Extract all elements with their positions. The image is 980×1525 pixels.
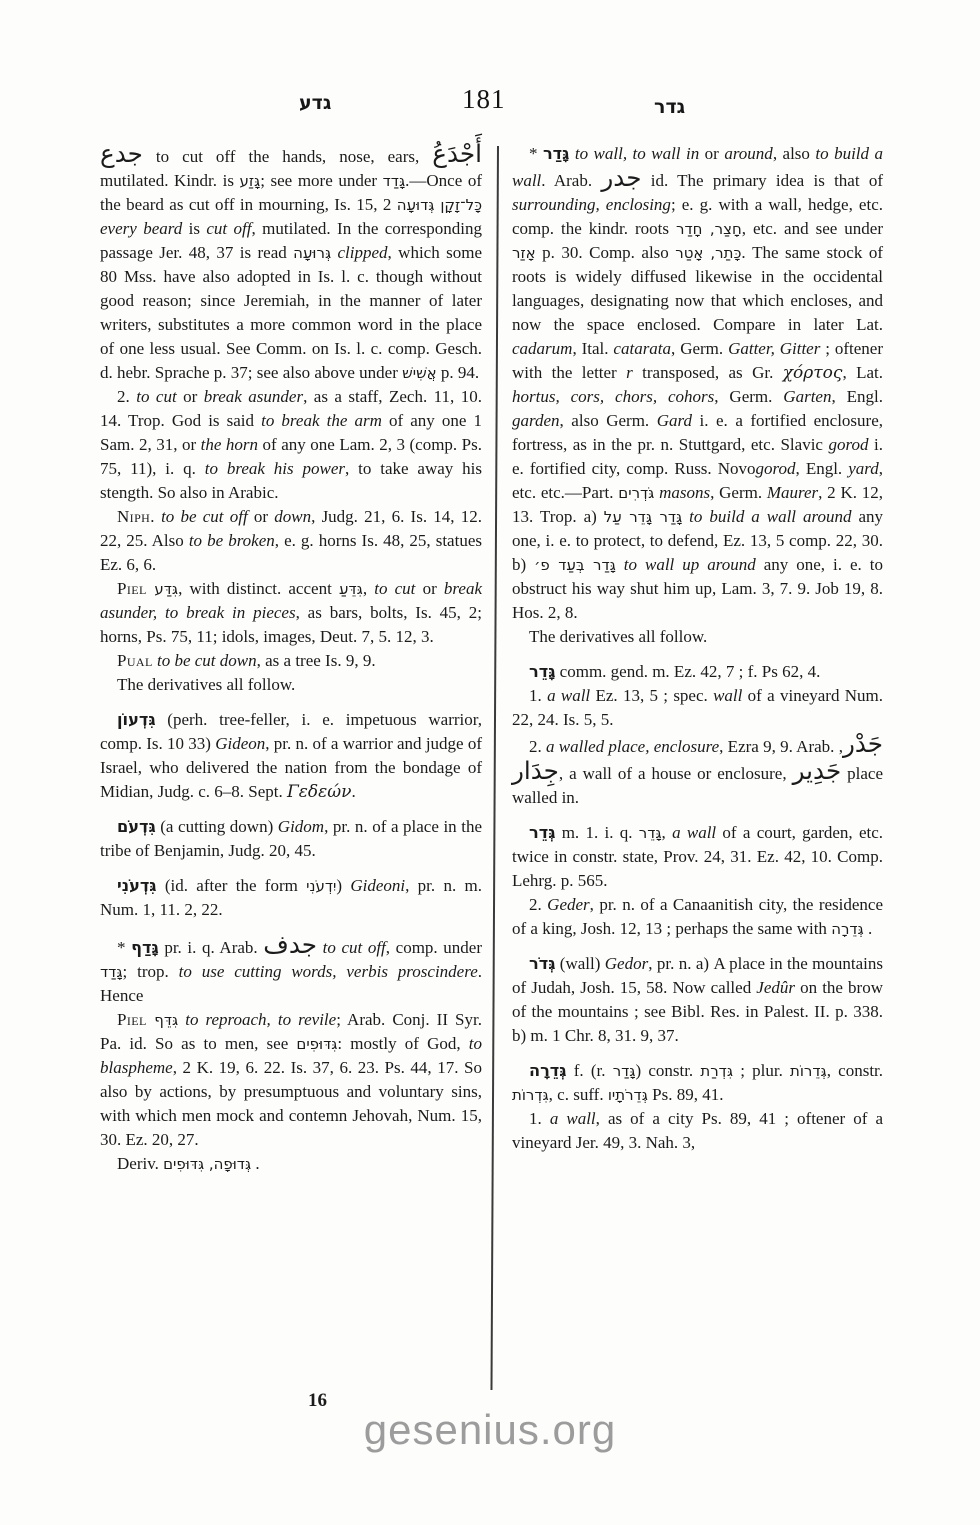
deriv-line: Deriv. גְּדוּפָה, גִּדּוּפִים . (100, 1152, 482, 1176)
text-run: a walled place, enclosure (546, 737, 719, 756)
text-run: Piel (117, 1010, 147, 1029)
lexicon-page: גדע 181 גדר جدع to cut off the hands, no… (0, 0, 980, 1525)
entry-gadaph: * גָּדַף pr. i. q. Arab. جدف to cut off,… (100, 933, 482, 1008)
text-run: אָזַר (512, 244, 536, 262)
text-run: גְּדֵרוֹת (790, 1062, 827, 1080)
text-run: ) constr. (635, 1061, 700, 1080)
text-run: to cut off (317, 938, 386, 957)
text-run: to reproach, to revile (178, 1010, 336, 1029)
right-column: * גָּדַר to wall, to wall in or around, … (512, 142, 883, 1155)
text-run: גְּדֵר (529, 823, 555, 842)
text-run: yard (848, 459, 879, 478)
text-run: יִדְעֹנִי (306, 877, 336, 895)
text-run: to use cutting words, verbis proscindere (179, 962, 478, 981)
text-run: גִּדְרַת (700, 1062, 733, 1080)
gader-sense-2: 2. a walled place, enclosure, Ezra 9, 9.… (512, 732, 883, 810)
entry-gederah: גְּדֵרָה f. (r. גָּדַר) constr. גִּדְרַת… (512, 1059, 883, 1107)
text-run: , (662, 823, 673, 842)
text-run: , Germ. (671, 339, 728, 358)
text-run: , also (773, 144, 816, 163)
entry-geder: גְּדֵר m. 1. i. q. גָּדֵר, a wall of a c… (512, 821, 883, 893)
pual-paragraph: Pual to be cut down, as a tree Is. 9, 9. (100, 649, 482, 673)
text-run: Garten (783, 387, 831, 406)
text-run: id. The primary idea is that of (641, 171, 883, 190)
entry-gideoni: גִּדְעֹנִי (id. after the form יִדְעֹנִי… (100, 874, 482, 922)
text-run: Gedor (605, 954, 648, 973)
page-number: 181 (462, 84, 506, 115)
text-run: Gideoni (350, 876, 405, 895)
text-run: גִּדּוּפִים (296, 1035, 337, 1053)
text-run: f. (r. (567, 1061, 613, 1080)
text-run: (a cutting down) (156, 817, 278, 836)
text-run: 1. (529, 1109, 550, 1128)
text-run: Deriv. (117, 1154, 163, 1173)
text-run: , Lat. (842, 363, 883, 382)
text-run: , Ezra 9, 9. Arab. (719, 737, 839, 756)
text-run: r (626, 363, 633, 382)
text-run: , etc. and see under (742, 219, 883, 238)
text-run: m. 1. i. q. (555, 823, 638, 842)
text-run: Jedûr (756, 978, 795, 997)
text-run: , Germ. (714, 387, 783, 406)
text-run: גָּדַד (383, 172, 406, 190)
text-run: to cut (374, 579, 415, 598)
niphal-paragraph: Niph. to be cut off or down, Judg. 21, 6… (100, 505, 482, 577)
piel-paragraph: Piel גִּדַּע, with distinct. accent גִּד… (100, 577, 482, 649)
text-run: a wall (547, 686, 590, 705)
text-run: (wall) (555, 954, 604, 973)
sense-2: 2. to cut or break asunder, as a staff, … (100, 385, 482, 505)
text-run: hortus, cors, chors, cohors (512, 387, 714, 406)
text-run: : mostly of God, (337, 1034, 468, 1053)
text-run: Geder (547, 895, 589, 914)
text-run: חָצַר, חָדַר (676, 220, 742, 238)
gader-sense-1: 1. a wall Ez. 13, 5 ; spec. wall of a vi… (512, 684, 883, 732)
text-run: , Engl. (796, 459, 849, 478)
text-run: . (251, 1154, 260, 1173)
text-run: גִּדֵּף (147, 1011, 178, 1029)
text-run: to be cut down (153, 651, 257, 670)
text-run: every beard (100, 219, 182, 238)
text-run: to break his power (205, 459, 345, 478)
text-run: to cut (136, 387, 176, 406)
text-run: p. 30. Comp. also (536, 243, 676, 262)
text-run: 2. (529, 895, 547, 914)
text-run: or (415, 579, 444, 598)
text-run: Ps. 89, 41. (648, 1085, 724, 1104)
text-run: 1. (529, 686, 547, 705)
geder-sense-2: 2. Geder, pr. n. of a Canaanitish city, … (512, 893, 883, 941)
piel-gadaph-paragraph: Piel גִּדֵּף to reproach, to revile; Ara… (100, 1008, 482, 1152)
text-run: to break the arm (261, 411, 382, 430)
text-run: Piel (117, 579, 147, 598)
text-run: جدع (100, 139, 143, 168)
text-run: גְּדֵרָה (529, 1061, 567, 1080)
header-catchword-right: גדר (654, 96, 685, 118)
text-run: ) (336, 876, 350, 895)
text-run: * (117, 938, 131, 957)
text-run: , comp. under (386, 938, 482, 957)
text-run: The derivatives all follow. (117, 675, 295, 694)
text-run: or (699, 144, 724, 163)
text-run: جَدِير (793, 756, 842, 785)
text-run: גָּדַף (131, 938, 159, 957)
text-run: a wall (672, 823, 716, 842)
text-run: to be cut off (155, 507, 248, 526)
text-run: גְּדֵרֹתָיו (608, 1086, 648, 1104)
text-run: a wall (550, 1109, 596, 1128)
text-run: כָּל־זָקָן גְּדוּעָה (397, 196, 482, 214)
text-run: גָּדֵר (639, 824, 662, 842)
text-run: p. 94. (437, 363, 480, 382)
text-run: גִּדְרוֹת (512, 1086, 549, 1104)
text-run: wall (713, 686, 742, 705)
text-run: גִּדְעֹם (117, 817, 156, 836)
gederah-sense-1: 1. a wall, as of a city Ps. 89, 41 ; oft… (512, 1107, 883, 1155)
text-run: . Arab. (541, 171, 601, 190)
text-run: אֲשִׁישׁ (402, 364, 437, 382)
text-run: جَدْر (843, 729, 883, 758)
left-column: جدع to cut off the hands, nose, ears, أَ… (100, 142, 482, 1176)
text-run: . (864, 919, 873, 938)
text-run: , c. suff. (549, 1085, 608, 1104)
text-run: gorod (829, 435, 869, 454)
text-run: (id. after the form (157, 876, 307, 895)
text-run: * (529, 144, 543, 163)
text-run: גָּדַר (543, 144, 569, 163)
text-run: ; see more under (260, 171, 382, 190)
text-run: to build a wall around (682, 507, 851, 526)
text-run: גְּדוּפָה, גִּדּוּפִים (163, 1155, 251, 1173)
text-run: Γεδεών (287, 782, 351, 802)
text-run: down (274, 507, 311, 526)
text-run: χόρτος (783, 363, 843, 383)
text-run: Ez. 13, 5 ; spec. (590, 686, 713, 705)
text-run: , Germ. (710, 483, 767, 502)
text-run: transposed, as Gr. (633, 363, 783, 382)
text-run: גָּדַר גָּדֵר עַל (604, 508, 682, 526)
text-run: جدر (601, 163, 641, 192)
text-run: cadarum (512, 339, 572, 358)
text-run: or (248, 507, 275, 526)
derivatives-note: The derivatives all follow. (100, 673, 482, 697)
text-run: 2. (529, 737, 546, 756)
text-run: כָּתַר, אָטַר (675, 244, 741, 262)
text-run: , Ital. (572, 339, 613, 358)
text-run: catarata (613, 339, 671, 358)
header-catchword-left: גדע (299, 92, 331, 114)
text-run: גְּרוּעָה (293, 244, 331, 262)
text-run: גֹּדְרִים (618, 484, 654, 502)
text-run: גָּדַד (100, 963, 123, 981)
text-run: , as a tree Is. 9, 9. (257, 651, 376, 670)
text-run: . (351, 782, 355, 801)
entry-gidom: גִּדְעֹם (a cutting down) Gidom, pr. n. … (100, 815, 482, 863)
entry-gada-continuation: جدع to cut off the hands, nose, ears, أَ… (100, 142, 482, 385)
text-run: , (363, 579, 374, 598)
text-run: ; trop. (123, 962, 179, 981)
text-run: or (177, 387, 204, 406)
text-run: , with distinct. accent (178, 579, 339, 598)
text-run: cut off (206, 219, 251, 238)
text-run: is (182, 219, 206, 238)
text-run: gorod (756, 459, 796, 478)
text-run: Niph. (117, 507, 155, 526)
text-run: to wall, to wall in (569, 144, 699, 163)
text-run: גָּזַע (240, 172, 261, 190)
text-run: , Engl. (831, 387, 883, 406)
column-divider-rule (490, 146, 499, 1390)
text-run: comm. gend. m. Ez. 42, 7 ; f. Ps 62, 4. (555, 662, 820, 681)
text-run: , constr. (827, 1061, 883, 1080)
text-run: pr. i. q. Arab. (159, 938, 264, 957)
entry-gideon: גִּדְעוֹן (perh. tree-feller, i. e. impe… (100, 708, 482, 804)
text-run: The derivatives all follow. (529, 627, 707, 646)
text-run: to be broken (189, 531, 275, 550)
text-run: masons (654, 483, 710, 502)
text-run: , also Germ. (560, 411, 657, 430)
text-run: to wall up around (616, 555, 756, 574)
text-run: clipped (331, 243, 387, 262)
derivatives-note: The derivatives all follow. (512, 625, 883, 649)
entry-gader: גָּדֵר comm. gend. m. Ez. 42, 7 ; f. Ps … (512, 660, 883, 684)
text-run: أَجْدَعُ (432, 139, 482, 168)
text-run: גִּדֵּעַ (339, 580, 363, 598)
text-run: the horn (201, 435, 258, 454)
text-run: Gidom (278, 817, 324, 836)
text-run: جِدَار (512, 756, 559, 785)
text-run: surrounding, enclosing (512, 195, 671, 214)
text-run: Gatter, Gitter (728, 339, 820, 358)
text-run: גִּדְעוֹן (117, 710, 156, 729)
text-run: to cut off the hands, nose, ears, (143, 147, 432, 166)
entry-gedor: גְּדֹר (wall) Gedor, pr. n. a) A place i… (512, 952, 883, 1048)
text-run: גְּדֹר (529, 954, 555, 973)
text-run: גָּדֵר (529, 662, 555, 681)
text-run: Gard (657, 411, 692, 430)
text-run: Gideon (215, 734, 265, 753)
text-run: Pual (117, 651, 153, 670)
text-run: גִּדַּע (147, 580, 178, 598)
entry-gadar: * גָּדַר to wall, to wall in or around, … (512, 142, 883, 625)
text-run: גָּדַר בְּעַד פ׳ (534, 556, 616, 574)
text-run: גִּדְעֹנִי (117, 876, 157, 895)
text-run: Maurer (767, 483, 818, 502)
watermark-text: gesenius.org (0, 1406, 980, 1454)
text-run: break asunder (204, 387, 303, 406)
text-run: , a wall of a house or enclosure, (559, 764, 793, 783)
text-run: , which some 80 Mss. have also adopted i… (100, 243, 482, 382)
text-run: 2. (117, 387, 136, 406)
text-run: mutilated. Kindr. is (100, 171, 240, 190)
text-run: ; plur. (733, 1061, 790, 1080)
text-run: around (724, 144, 773, 163)
text-run: جدف (263, 930, 317, 959)
text-run: גְּדֵרָה (831, 920, 864, 938)
text-run: גָּדַר (613, 1062, 636, 1080)
text-run: garden (512, 411, 560, 430)
